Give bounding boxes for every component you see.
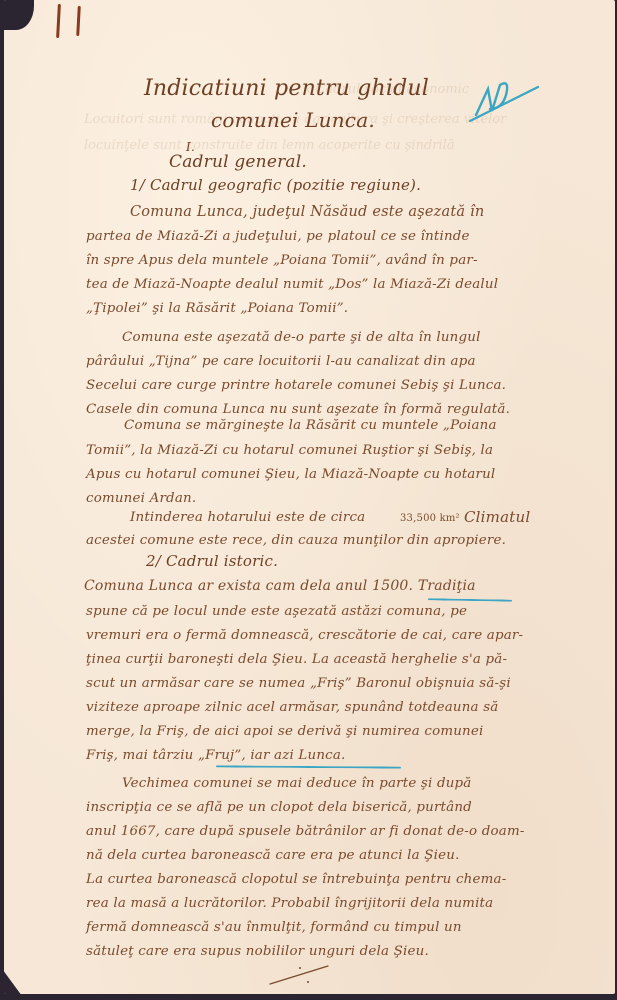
text-line: spune că pe locul unde este aşezată astă… (86, 604, 467, 619)
text-line: sătuleţ care era supus nobililor unguri … (86, 944, 429, 959)
text-line: La curtea baronească clopotul se întrebu… (86, 872, 506, 887)
text-line: „Ţipolei” şi la Răsărit „Poiana Tomii”. (86, 301, 348, 316)
subsection-heading-istoric: 2/ Cadrul istoric. (146, 552, 278, 570)
text-line: anul 1667, care după spusele bătrânilor … (86, 824, 525, 839)
text-line: Secelui care curge printre hotarele comu… (86, 378, 506, 393)
text-line: rea la masă a lucrătorilor. Probabil îng… (86, 896, 493, 911)
text-line: tea de Miază-Noapte dealul numit „Dos” l… (86, 277, 498, 292)
section-title: Cadrul general. (169, 152, 307, 172)
closing-flourish (268, 962, 338, 986)
text-line: Tomii”, la Miază-Zi cu hotarul comunei R… (86, 443, 493, 458)
text-line: acestei comune este rece, din cauza munţ… (86, 533, 506, 548)
text-line: în spre Apus dela muntele „Poiana Tomii”… (86, 253, 478, 268)
torn-corner (4, 0, 34, 30)
text-line: ţinea curţii baroneşti dela Şieu. La ace… (86, 652, 507, 667)
folded-corner (4, 966, 22, 994)
text-line: Comuna este aşezată de-o parte şi de alt… (122, 330, 481, 345)
text-line: Vechimea comunei se mai deduce în parte … (122, 776, 472, 791)
subsection-heading-geografic: 1/ Cadrul geografic (pozitie regiune). (130, 176, 421, 194)
text-line: partea de Miază-Zi a judeţului, pe plato… (86, 229, 470, 244)
margin-mark (56, 4, 61, 38)
text-line: comunei Ardan. (86, 491, 196, 506)
area-value: 33,500 km² (400, 513, 460, 524)
text-line: merge, la Friş, de aici apoi se derivă ş… (86, 724, 484, 739)
text-line: inscripţia ce se află pe un clopot dela … (86, 800, 472, 815)
document-title: Indicatiuni pentru ghidul (144, 76, 429, 101)
text-line: Friş, mai târziu „Fruj”, iar azi Lunca. (86, 748, 346, 763)
text-line: Comuna Lunca ar exista cam dela anul 150… (84, 578, 476, 594)
text-line: nă dela curtea baronească care era pe at… (86, 848, 460, 863)
text-line: Comuna Lunca, judeţul Năsăud este aşezat… (130, 204, 484, 220)
manuscript-page: x Cadrul social economic Locuitori sunt … (4, 0, 615, 994)
text-line: viziteze aproape zilnic acel armăsar, sp… (86, 700, 498, 715)
blue-underline (216, 765, 401, 768)
bleed-through-text: locuinţele sunt construite din lemn acop… (84, 138, 455, 153)
text-line: Casele din comuna Lunca nu sunt aşezate … (86, 402, 510, 417)
document-subtitle: comunei Lunca. (211, 108, 375, 132)
text-line: pârâului „Tijna” pe care locuitorii l-au… (86, 354, 476, 369)
blue-initials-mark (466, 75, 546, 125)
text-line: Apus cu hotarul comunei Şieu, la Miază-N… (86, 467, 495, 482)
text-line: Intinderea hotarului este de circa (130, 510, 365, 525)
text-line: vremuri era o fermă domnească, crescător… (86, 628, 523, 643)
margin-mark (76, 6, 81, 36)
text-line: scut un armăsar care se numea „Friş” Bar… (86, 676, 511, 691)
text-line: Comuna se mărgineşte la Răsărit cu munte… (124, 418, 497, 433)
blue-underline (428, 598, 512, 601)
text-line: fermă domnească s'au înmulţit, formând c… (86, 920, 462, 935)
text-line: Climatul (464, 508, 530, 526)
